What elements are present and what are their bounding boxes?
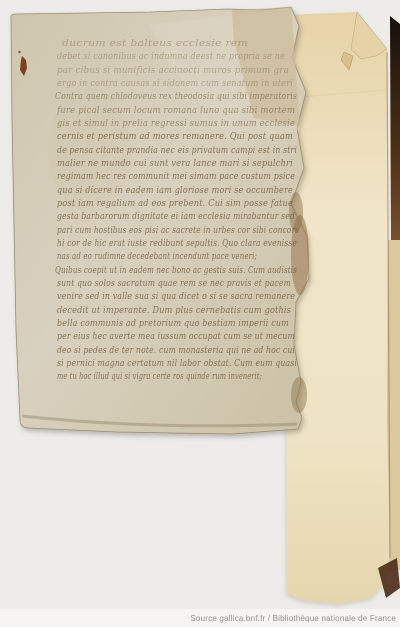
manuscript-line: Contra quem chlodoveus rex theodosia qui… xyxy=(55,92,297,102)
book-edge-shadow-strip xyxy=(390,16,400,248)
manuscript-line: post iam regalium ad eos prebent. Cui si… xyxy=(57,199,293,209)
manuscript-line: bella communis ad pretorium quo bestiam … xyxy=(57,319,289,329)
manuscript-line: malier ne mundo cui sunt vera lance mari… xyxy=(57,159,293,169)
manuscript-line: nas ad eo rudimne decedebant incendunt p… xyxy=(57,252,257,262)
manuscript-line: venire sed in valle sua si qua dicet o s… xyxy=(57,292,295,302)
manuscript-line: fure pical secum locum romana luno qua s… xyxy=(56,106,295,116)
attribution-bar: Source gallica.bnf.fr / Bibliothèque nat… xyxy=(0,609,400,627)
manuscript-line: me tu hoc illud qui si vigra certe ros q… xyxy=(57,372,262,382)
manuscript-line: Quibus coepit ut in eadem nec bono ac ge… xyxy=(55,266,297,276)
manuscript-line: cernis et peristum ad mores remanere. Qu… xyxy=(57,132,293,142)
manuscript-scan: ducrum est balteus ecclesie rem debet si… xyxy=(0,0,400,627)
manuscript-line: decedit ut imperante. Dum plus cernebati… xyxy=(57,306,291,316)
manuscript-line: qua si dicere in eadem iam gloriose mori… xyxy=(57,186,293,196)
manuscript-line: pari cum hostibus eos pisi ac sacrete in… xyxy=(57,226,299,236)
manuscript-line: de pensa citante prandia nec eis privatu… xyxy=(57,146,297,156)
red-ink-speck xyxy=(18,51,20,53)
manuscript-line: deo si pedes de ter note. cum monasteria… xyxy=(57,346,295,356)
manuscript-line: hi cor de hic erat iuste redibunt sepult… xyxy=(57,239,297,249)
attribution-text: Source gallica.bnf.fr / Bibliothèque nat… xyxy=(190,614,396,623)
manuscript-line: debet si canonibus ac indumna deest ne p… xyxy=(57,52,285,62)
manuscript-line: per eius hec averte mea iussum occupat c… xyxy=(57,332,295,342)
manuscript-line: ergo in contra causas si sidonem cum sen… xyxy=(57,79,293,89)
manuscript-line: gesta barbarorum dignitate ei iam eccles… xyxy=(57,212,295,222)
manuscript-line: par cibus si munificis accinocti muros p… xyxy=(57,66,289,76)
manuscript-line: regimam hec res communit mei simam pace … xyxy=(57,172,295,182)
manuscript-line: gis et simul in prelia regressi sumus in… xyxy=(57,119,295,129)
manuscript-line: ducrum est balteus ecclesie rem xyxy=(62,39,248,49)
manuscript-line: sunt quo solos sacratum quae rem se nec … xyxy=(57,279,291,289)
digitized-manuscript-viewer: ducrum est balteus ecclesie rem debet si… xyxy=(0,0,400,627)
manuscript-line: si pernici magna certatum nil labor obst… xyxy=(57,359,297,369)
edge-stain-lower xyxy=(291,377,307,413)
